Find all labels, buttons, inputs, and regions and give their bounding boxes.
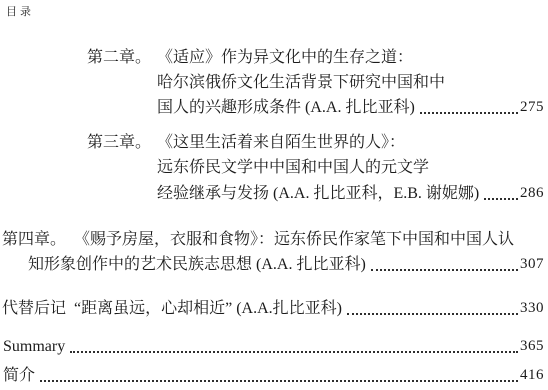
chapter-label: 第二章。 — [87, 48, 157, 67]
entry-title-text: 《这里生活着来自陌生世界的人》： — [157, 133, 405, 152]
page-title: 目录 — [6, 3, 34, 19]
entry-title-text: “距离虽远，心却相近” (A.A.扎比亚科) — [74, 299, 342, 318]
dot-leader — [347, 313, 518, 315]
entry-title-text: 远东侨民文学中中国和中国人的元文学 — [157, 158, 429, 177]
entry-title-text: 《适应》作为异文化中的生存之道： — [157, 48, 413, 67]
dot-leader — [420, 112, 518, 114]
page-number: 365 — [520, 337, 544, 356]
chapter-label: 第四章。 — [2, 230, 66, 249]
toc-entry-ch3-line2: 远东侨民文学中中国和中国人的元文学 — [157, 158, 429, 177]
entry-title-text: 哈尔滨俄侨文化生活背景下研究中国和中 — [157, 73, 445, 92]
entry-title-text: 国人的兴趣形成条件 (A.A. 扎比亚科) — [157, 98, 415, 117]
entry-title-text: 经验继承与发扬 (A.A. 扎比亚科，E.B. 谢妮娜) — [157, 184, 479, 203]
toc-entry-ch3-line1: 第三章。 《这里生活着来自陌生世界的人》： — [87, 133, 405, 152]
page-number: 286 — [520, 184, 544, 203]
entry-title-text: 简介 — [3, 366, 35, 385]
toc-entry-epilogue: 代替后记 “距离虽远，心却相近” (A.A.扎比亚科) 330 — [2, 299, 544, 318]
toc-entry-ch2-line3: 国人的兴趣形成条件 (A.A. 扎比亚科) 275 — [157, 98, 544, 117]
entry-title-text: 《赐予房屋，衣服和食物》：远东侨民作家笔下中国和中国人认 — [74, 230, 514, 249]
page-number: 416 — [520, 366, 544, 385]
entry-title-text: 知形象创作中的艺术民族志思想 (A.A. 扎比亚科) — [28, 255, 366, 274]
toc-entry-ch2-line2: 哈尔滨俄侨文化生活背景下研究中国和中 — [157, 73, 445, 92]
page-number: 307 — [520, 255, 544, 274]
toc-entry-ch2-line1: 第二章。 《适应》作为异文化中的生存之道： — [87, 48, 413, 67]
page-number: 330 — [520, 299, 544, 318]
toc-entry-ch4-line2: 知形象创作中的艺术民族志思想 (A.A. 扎比亚科) 307 — [28, 255, 544, 274]
dot-leader — [40, 380, 518, 382]
toc-entry-ch3-line3: 经验继承与发扬 (A.A. 扎比亚科，E.B. 谢妮娜) 286 — [157, 184, 544, 203]
dot-leader — [70, 351, 518, 353]
page-number: 275 — [520, 98, 544, 117]
toc-entry-intro: 简介 416 — [3, 366, 544, 385]
toc-page: 目录 第二章。 《适应》作为异文化中的生存之道： 哈尔滨俄侨文化生活背景下研究中… — [0, 0, 548, 390]
section-label: 代替后记 — [2, 299, 66, 318]
dot-leader — [371, 269, 518, 271]
toc-entry-summary: Summary 365 — [3, 337, 544, 356]
chapter-label: 第三章。 — [87, 133, 157, 152]
toc-entry-ch4-line1: 第四章。 《赐予房屋，衣服和食物》：远东侨民作家笔下中国和中国人认 — [2, 230, 514, 249]
entry-title-text: Summary — [3, 337, 65, 356]
dot-leader — [484, 198, 518, 200]
